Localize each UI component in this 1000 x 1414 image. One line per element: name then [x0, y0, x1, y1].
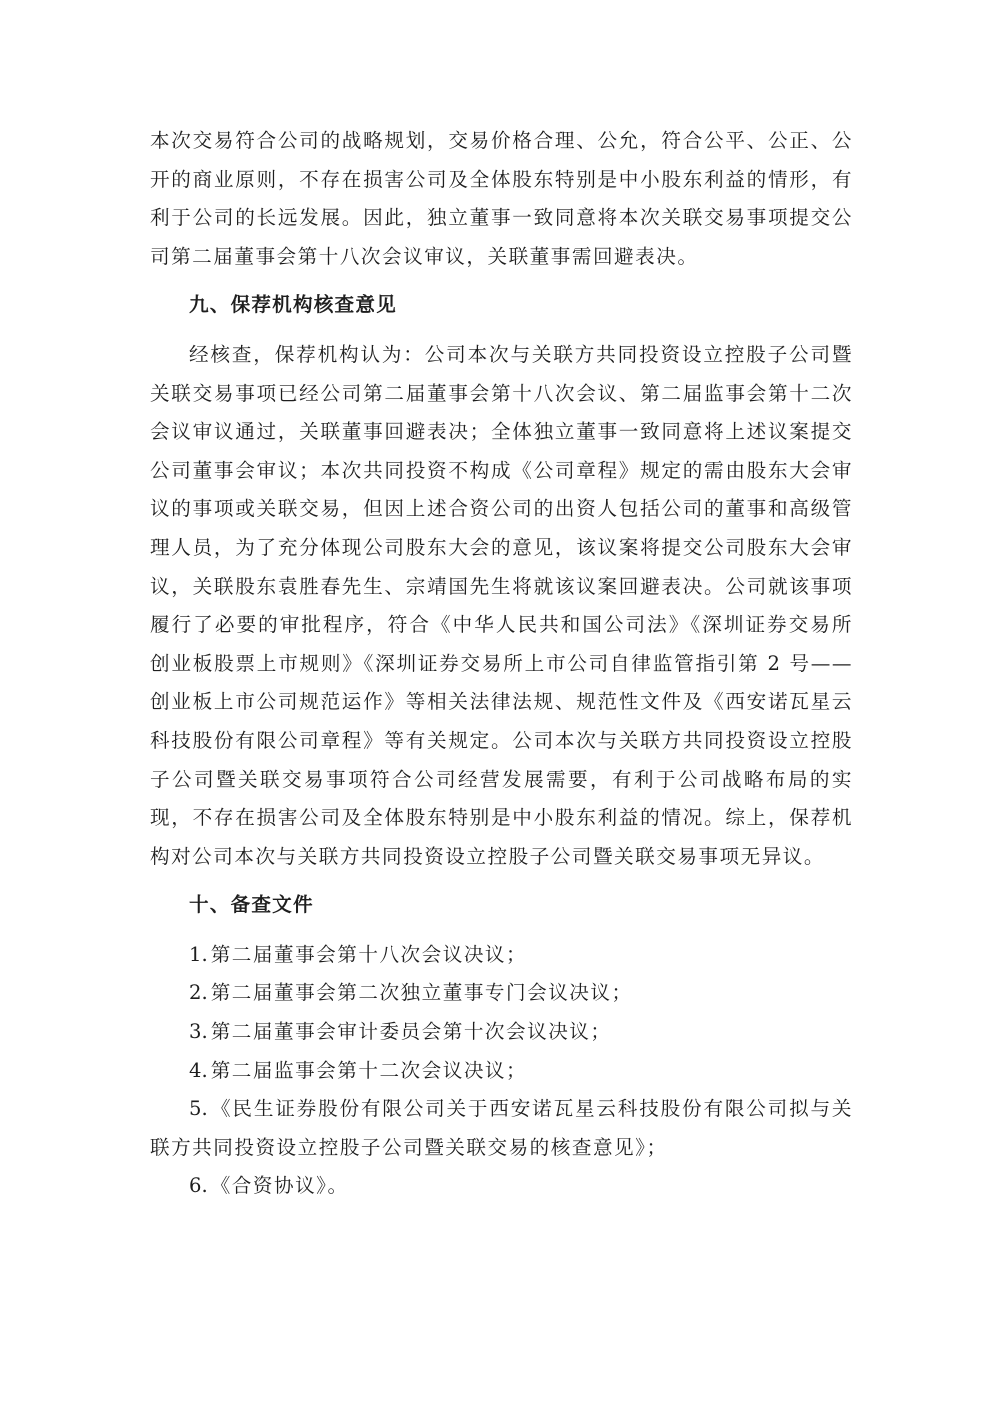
- list-item-text: 《合资协议》。: [211, 1174, 349, 1197]
- list-item-text: 第二届董事会第十八次会议决议；: [211, 943, 527, 966]
- list-item-number: 4.: [189, 1059, 208, 1082]
- list-item: 2.第二届董事会第二次独立董事专门会议决议；: [150, 974, 853, 1013]
- spacer: [150, 876, 853, 886]
- list-item-number: 3.: [189, 1020, 208, 1043]
- list-item-text: 第二届监事会第十二次会议决议；: [211, 1059, 527, 1082]
- list-item-number: 5.: [189, 1097, 208, 1120]
- reference-documents-list: 1.第二届董事会第十八次会议决议； 2.第二届董事会第二次独立董事专门会议决议；…: [150, 936, 853, 1206]
- list-item: 6.《合资协议》。: [150, 1167, 853, 1206]
- intro-paragraph: 本次交易符合公司的战略规划，交易价格合理、公允，符合公平、公正、公开的商业原则，…: [150, 122, 853, 276]
- list-item: 4.第二届监事会第十二次会议决议；: [150, 1052, 853, 1091]
- spacer: [150, 325, 853, 336]
- list-item-number: 1.: [189, 943, 208, 966]
- section-9-paragraph: 经核查，保荐机构认为：公司本次与关联方共同投资设立控股子公司暨关联交易事项已经公…: [150, 336, 853, 876]
- spacer: [150, 276, 853, 286]
- document-page: 本次交易符合公司的战略规划，交易价格合理、公允，符合公平、公正、公开的商业原则，…: [150, 122, 853, 1206]
- list-item-text: 第二届董事会第二次独立董事专门会议决议；: [211, 981, 633, 1004]
- list-item: 1.第二届董事会第十八次会议决议；: [150, 936, 853, 975]
- list-item: 3.第二届董事会审计委员会第十次会议决议；: [150, 1013, 853, 1052]
- spacer: [150, 925, 853, 936]
- list-item-number: 6.: [189, 1174, 208, 1197]
- section-10-heading: 十、备查文件: [150, 886, 853, 925]
- list-item: 5.《民生证券股份有限公司关于西安诺瓦星云科技股份有限公司拟与关联方共同投资设立…: [150, 1090, 853, 1167]
- list-item-number: 2.: [189, 981, 208, 1004]
- list-item-text: 《民生证券股份有限公司关于西安诺瓦星云科技股份有限公司拟与关联方共同投资设立控股…: [150, 1097, 853, 1159]
- list-item-text: 第二届董事会审计委员会第十次会议决议；: [211, 1020, 612, 1043]
- section-9-heading: 九、保荐机构核查意见: [150, 286, 853, 325]
